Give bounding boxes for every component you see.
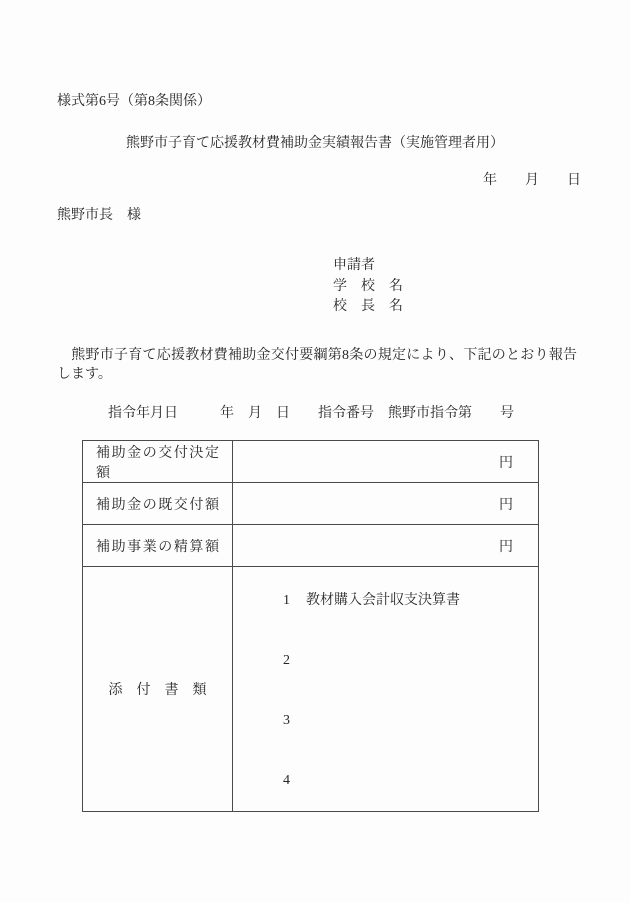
report-table: 補助金の交付決定額 円 補助金の既交付額 円 補助事業の精算額 円 添 付 書 … [82,440,539,812]
row-value-grant-paid: 円 [233,483,539,525]
school-name-label: 学 校 名 [333,277,403,298]
row-value-grant-decided: 円 [233,441,539,483]
attachment-item-1: 1教材購入会計収支決算書 [241,571,532,631]
row-label-settlement: 補助事業の精算額 [83,525,233,567]
attachment-text [292,773,306,788]
applicant-block: 申請者 学 校 名 校 長 名 [333,256,403,318]
attachment-number: 2 [283,651,292,671]
addressee: 熊野市長 様 [57,204,141,224]
attachments-list: 1教材購入会計収支決算書 2 3 4 [233,567,539,812]
table-row-grant-paid: 補助金の既交付額 円 [83,483,539,525]
row-label-grant-paid: 補助金の既交付額 [83,483,233,525]
document-title: 熊野市子育て応援教材費補助金実績報告書（実施管理者用） [0,132,630,152]
attachment-number: 3 [283,711,292,731]
attachment-item-4: 4 [241,751,532,811]
document-page: 様式第6号（第8条関係） 熊野市子育て応援教材費補助金実績報告書（実施管理者用）… [0,0,630,903]
attachment-number: 1 [283,591,292,611]
form-number: 様式第6号（第8条関係） [57,90,211,110]
principal-name-label: 校 長 名 [333,297,403,318]
attachment-number: 4 [283,771,292,791]
directive-line: 指令年月日 年 月 日 指令番号 熊野市指令第 号 [108,402,514,422]
table-row-attachments: 添 付 書 類 1教材購入会計収支決算書 2 3 4 [83,567,539,812]
body-paragraph: 熊野市子育て応援教材費補助金交付要綱第8条の規定により、下記のとおり報告します。 [57,347,577,384]
attachment-text: 教材購入会計収支決算書 [292,593,460,608]
table-row-settlement: 補助事業の精算額 円 [83,525,539,567]
date-line: 年 月 日 [483,169,581,189]
attachment-item-2: 2 [241,631,532,691]
applicant-label: 申請者 [333,256,403,277]
attachments-label: 添 付 書 類 [83,567,233,812]
table-row-grant-decided: 補助金の交付決定額 円 [83,441,539,483]
attachment-item-3: 3 [241,691,532,751]
attachment-text [292,653,306,668]
attachment-text [292,713,306,728]
row-value-settlement: 円 [233,525,539,567]
row-label-grant-decided: 補助金の交付決定額 [83,441,233,483]
